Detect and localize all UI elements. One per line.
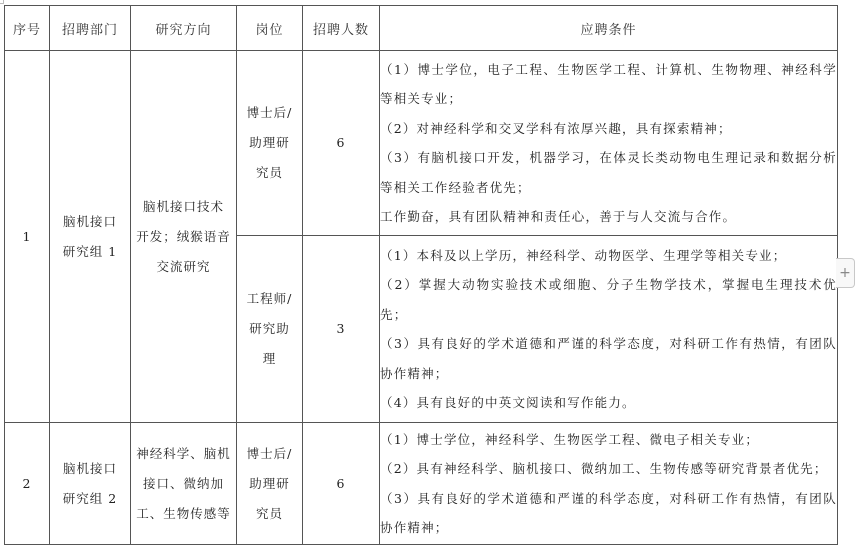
requirement-item: （3）具有良好的学术道德和严谨的科学态度，对科研工作有热情，有团队协作精神； [380,329,837,388]
requirement-item: （3）有脑机接口开发，机器学习，在体灵长类动物电生理记录和数据分析等相关工作经验… [380,143,837,202]
requirement-item: 工作勤奋，具有团队精神和责任心，善于与人交流与合作。 [380,202,837,232]
requirement-item: （2）掌握大动物实验技术或细胞、分子生物学技术，掌握电生理技术优先； [380,270,837,329]
add-row-button[interactable]: + [836,258,855,288]
cell-requirements: （1）博士学位，电子工程、生物医学工程、计算机、生物物理、神经科学等相关专业； … [380,51,838,236]
cell-position: 工程师/ 研究助 理 [237,236,303,423]
requirement-item: （1）本科及以上学历，神经科学、动物医学、生理学等相关专业； [380,241,837,271]
requirement-item: （1）博士学位，电子工程、生物医学工程、计算机、生物物理、神经科学等相关专业； [380,55,837,114]
requirement-item: （2）对神经科学和交叉学科有浓厚兴趣，具有探索精神； [380,114,837,144]
header-requirements: 应聘条件 [380,6,838,51]
corner-marker [0,0,4,4]
header-position: 岗位 [237,6,303,51]
recruitment-table: 序号 招聘部门 研究方向 岗位 招聘人数 应聘条件 1 脑机接口 研究组 1 脑… [4,5,838,545]
requirement-item: （3）具有良好的学术道德和严谨的科学态度，对科研工作有热情，有团队协作精神； [380,484,837,543]
cell-index: 1 [5,51,50,423]
cell-direction: 脑机接口技术 开发；绒猴语音 交流研究 [131,51,237,423]
cell-department: 脑机接口 研究组 2 [50,423,131,545]
requirement-item: （2）具有神经科学、脑机接口、微纳加工、生物传感等研究背景者优先； [380,454,837,484]
requirement-item: （1）博士学位，神经科学、生物医学工程、微电子相关专业； [380,425,837,455]
requirement-item: （4）具有良好的中英文阅读和写作能力。 [380,388,837,418]
table-row: 1 脑机接口 研究组 1 脑机接口技术 开发；绒猴语音 交流研究 博士后/ 助理… [5,51,838,236]
header-direction: 研究方向 [131,6,237,51]
cell-count: 3 [303,236,380,423]
header-count: 招聘人数 [303,6,380,51]
cell-index: 2 [5,423,50,545]
cell-direction: 神经科学、脑机 接口、微纳加 工、生物传感等 [131,423,237,545]
cell-count: 6 [303,51,380,236]
cell-position: 博士后/ 助理研 究员 [237,423,303,545]
cell-department: 脑机接口 研究组 1 [50,51,131,423]
cell-requirements: （1）博士学位，神经科学、生物医学工程、微电子相关专业； （2）具有神经科学、脑… [380,423,838,545]
header-row: 序号 招聘部门 研究方向 岗位 招聘人数 应聘条件 [5,6,838,51]
cell-position: 博士后/ 助理研 究员 [237,51,303,236]
header-department: 招聘部门 [50,6,131,51]
header-index: 序号 [5,6,50,51]
cell-requirements: （1）本科及以上学历，神经科学、动物医学、生理学等相关专业； （2）掌握大动物实… [380,236,838,423]
table-row: 2 脑机接口 研究组 2 神经科学、脑机 接口、微纳加 工、生物传感等 博士后/… [5,423,838,545]
cell-count: 6 [303,423,380,545]
